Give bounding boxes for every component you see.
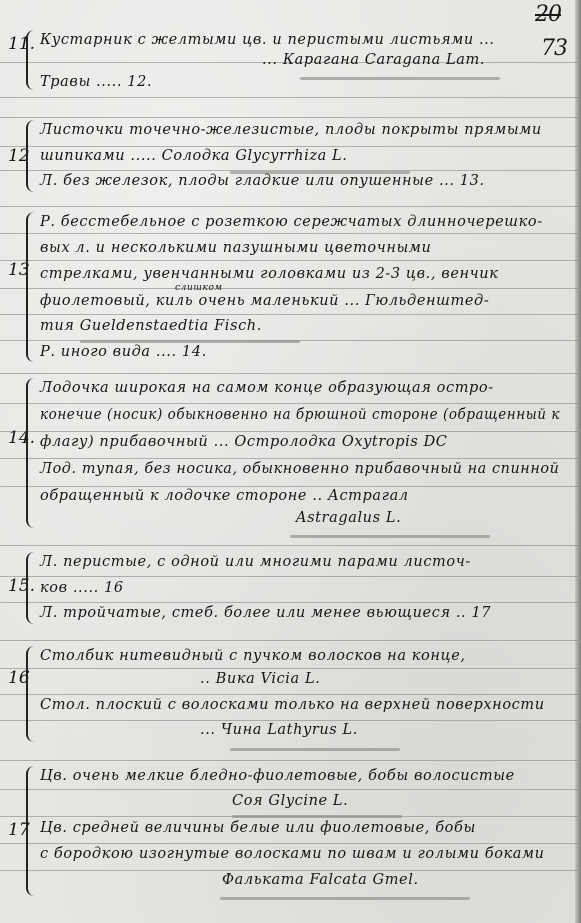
ruled-line [0,486,581,487]
underline-mark [230,748,400,751]
ruled-line [0,545,581,546]
ruled-line [0,117,581,118]
key-line-taxon: шипиками ..... Солодка Glycyrrhiza L. [40,148,347,164]
ruled-line [0,720,581,721]
underline-mark [220,897,470,900]
ruled-line [0,260,581,261]
key-line-taxon: флагу) прибавочный ... Остролодка Oxytro… [40,434,448,450]
ruled-line [0,870,581,871]
ruled-line [0,843,581,844]
key-line: Листочки точечно-железистые, плоды покры… [40,122,542,138]
key-line: обращенный к лодочке стороне .. Астрагал [40,488,409,504]
ruled-line [0,640,581,641]
underline-mark [290,535,490,538]
ruled-line [0,602,581,603]
notebook-page: 20 73 11. Кустарник с желтыми цв. и пери… [0,0,581,923]
ruled-line [0,760,581,761]
ruled-line [0,288,581,289]
page-edge-shadow [575,0,581,923]
brace [26,646,38,742]
key-line: Л. перистые, с одной или многими парами … [40,554,471,570]
annotation-insertion: слишком [175,283,223,293]
key-line: Р. бесстебельное с розеткою сережчатых д… [40,214,543,230]
ruled-line [0,206,581,207]
key-line: Цв. средней величины белые или фиолетовы… [40,820,476,836]
key-line: Л. тройчатые, стеб. более или менее вьющ… [40,605,491,621]
brace [26,30,38,90]
key-line: стрелками, увенчанными головками из 2-3 … [40,266,499,282]
key-line: Р. иного вида .... 14. [40,344,207,360]
ruled-line [0,576,581,577]
key-line-taxon: .. Вика Vicia L. [200,671,320,687]
key-line: Травы ..... 12. [40,74,152,90]
key-line: Л. без железок, плоды гладкие или опушен… [40,173,485,189]
page-number-struck: 20 [535,2,561,27]
underline-mark [232,815,402,818]
ruled-line [0,694,581,695]
brace [26,120,38,192]
ruled-line [0,403,581,404]
brace [26,378,38,528]
key-line-taxon: ... Чина Lathyrus L. [200,722,358,738]
key-line-taxon: Фалькатa Falcata Gmel. [222,872,419,888]
key-line: Цв. очень мелкие бледно-фиолетовые, бобы… [40,768,515,784]
key-line: Лодочка широкая на самом конце образующа… [40,380,494,396]
brace [26,766,38,896]
page-number: 73 [541,36,567,61]
ruled-line [0,789,581,790]
key-line: фиолетовый, киль очень маленький ... Гюл… [40,293,489,309]
key-line-taxon: ... Карагана Caragana Lam. [262,52,485,68]
key-line: Стол. плоский с волосками только на верх… [40,697,545,713]
key-line: Столбик нитевидный с пучком волосков на … [40,648,466,664]
key-line: с бородкою изогнутые волосками по швам и… [40,846,545,862]
underline-mark [80,340,300,343]
ruled-line [0,373,581,374]
ruled-line [0,97,581,98]
key-line: Лод. тупая, без носика, обыкновенно приб… [40,461,559,477]
key-line: конечие (носик) обыкновенно на брюшной с… [40,407,560,423]
key-line: ков ..... 16 [40,580,124,596]
key-line: вых л. и несколькими пазушными цветочным… [40,240,432,256]
ruled-line [0,458,581,459]
key-line-taxon: Соя Glycine L. [232,793,348,809]
underline-mark [300,77,500,80]
ruled-line [0,668,581,669]
ruled-line [0,233,581,234]
key-line: Кустарник с желтыми цв. и перистыми лист… [40,32,495,48]
key-line-taxon: тия Gueldenstaedtia Fisch. [40,318,262,334]
brace [26,552,38,624]
ruled-line [0,146,581,147]
ruled-line [0,431,581,432]
ruled-line [0,314,581,315]
brace [26,212,38,362]
key-line-taxon: Astragalus L. [296,510,401,526]
